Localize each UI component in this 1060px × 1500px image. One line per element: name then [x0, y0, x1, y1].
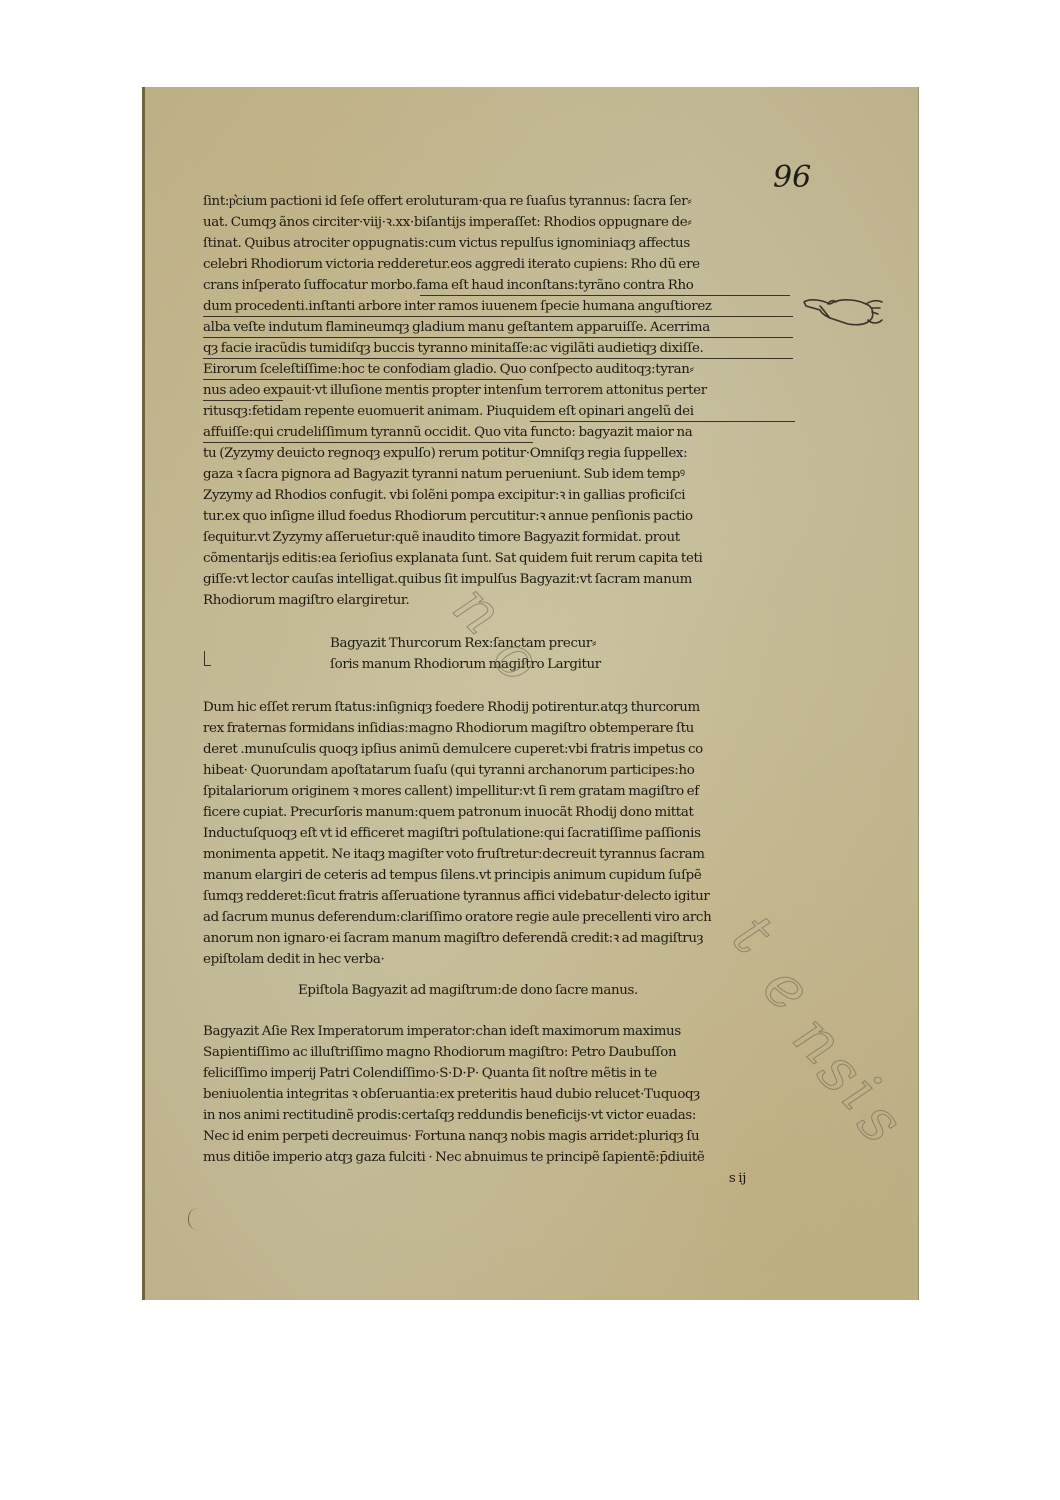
text-line: ritusqȝ:fetidam repente euomuerit animam…: [203, 401, 798, 422]
pointing-hand-icon: [800, 288, 890, 330]
text-line: nus adeo expauit·vt illuſione mentis pro…: [203, 380, 798, 401]
text-line: ficere cupiat. Precurſoris manum:quem pa…: [203, 802, 798, 823]
heading-line-2: ſoris manum Rhodiorum magiſtro Largitur: [203, 654, 798, 675]
text-line: Eirorum ſceleſtiſſime:hoc te confodiam g…: [203, 359, 798, 380]
text-line: tu (Zyzymy deuicto regnoqȝ expulſo) reru…: [203, 443, 798, 464]
signature-mark: s ij: [203, 1168, 798, 1189]
text-line: beniuolentia integritas ꝛ obſeruantia:ex…: [203, 1084, 798, 1105]
text-line: feliciſſimo imperij Patri Colendiſſimo·S…: [203, 1063, 798, 1084]
text-line: anorum non ignaro·ei ſacram manum magiſt…: [203, 928, 798, 949]
main-text-block: ſint:p͛cium pactioni id ſeſe offert erol…: [203, 191, 798, 1189]
text-line: Bagyazit Aſie Rex Imperatorum imperator:…: [203, 1021, 798, 1042]
text-line: monimenta appetit. Ne itaqȝ magiſter vot…: [203, 844, 798, 865]
text-line: manum elargiri de ceteris ad tempus ſile…: [203, 865, 798, 886]
text-line: Dum hic eſſet rerum ſtatus:inſigniqȝ foe…: [203, 697, 798, 718]
chapter-heading: Bagyazit Thurcorum Rex:ſanctam precur⸗ ſ…: [203, 633, 798, 675]
text-line: Sapientiſſimo ac illuſtriſſimo magno Rho…: [203, 1042, 798, 1063]
text-line: ſequitur.vt Zyzymy aſſeruetur:quẽ inaudi…: [203, 527, 798, 548]
text-line: epiſtolam dedit in hec verba·: [203, 949, 798, 970]
text-line: Nec id enim perpeti decreuimus· Fortuna …: [203, 1126, 798, 1147]
text-line: giſſe:vt lector cauſas intelligat.quibus…: [203, 569, 798, 590]
text-line: mus ditiõe imperio atqȝ gaza fulciti · N…: [203, 1147, 798, 1168]
text-line: celebri Rhodiorum victoria redderetur.eo…: [203, 254, 798, 275]
paragraph-gift: Dum hic eſſet rerum ſtatus:inſigniqȝ foe…: [203, 697, 798, 970]
text-line: qȝ facie iracũdis tumidiſqȝ buccis tyran…: [203, 338, 798, 359]
folio-number: 96: [773, 160, 811, 195]
text-line: cõmentarijs editis:ea ſerioſius explanat…: [203, 548, 798, 569]
text-line: crans inſperato ſuffocatur morbo.fama eſ…: [203, 275, 798, 296]
text-line: tur.ex quo inſigne illud foedus Rhodioru…: [203, 506, 798, 527]
text-line: hibeat· Quorundam apoſtatarum ſuaſu (qui…: [203, 760, 798, 781]
text-line: dum procedenti.inſtanti arbore inter ram…: [203, 296, 798, 317]
text-line: ſtinat. Quibus atrociter oppugnatis:cum …: [203, 233, 798, 254]
text-line: gaza ꝛ ſacra pignora ad Bagyazit tyranni…: [203, 464, 798, 485]
heading-line-1: Bagyazit Thurcorum Rex:ſanctam precur⸗: [203, 633, 798, 654]
paragraph-epistola: Bagyazit Aſie Rex Imperatorum imperator:…: [203, 1021, 798, 1168]
text-line: rex fraternas formidans inſidias:magno R…: [203, 718, 798, 739]
text-line: ad ſacrum munus deferendum:clariſſimo or…: [203, 907, 798, 928]
text-line: ſpitalariorum originem ꝛ mores callent) …: [203, 781, 798, 802]
text-line: deret .munuſculis quoqȝ ipſius animũ dem…: [203, 739, 798, 760]
text-line: uat. Cumqȝ ãnos circiter·viij·ꝛ.xx·biſan…: [203, 212, 798, 233]
margin-stroke-mark: [188, 1208, 199, 1230]
text-line: Inductuſquoqȝ eſt vt id efficeret magiſt…: [203, 823, 798, 844]
text-line: ſint:p͛cium pactioni id ſeſe offert erol…: [203, 191, 798, 212]
text-line: affuiſſe:qui crudeliſſimum tyrannũ occid…: [203, 422, 798, 443]
text-line: ſumqȝ redderet:ſicut fratris aſſeruation…: [203, 886, 798, 907]
text-line: in nos animi rectitudinẽ prodis:certaſqȝ…: [203, 1105, 798, 1126]
text-line: Rhodiorum magiſtro elargiretur.: [203, 590, 798, 611]
text-line: alba veſte indutum flamineumqȝ gladium m…: [203, 317, 798, 338]
text-line: Zyzymy ad Rhodios confugit. vbi ſolẽni p…: [203, 485, 798, 506]
paragraph-history: ſint:p͛cium pactioni id ſeſe offert erol…: [203, 191, 798, 611]
epistola-heading: Epiſtola Bagyazit ad magiſtrum:de dono ſ…: [203, 980, 798, 1001]
